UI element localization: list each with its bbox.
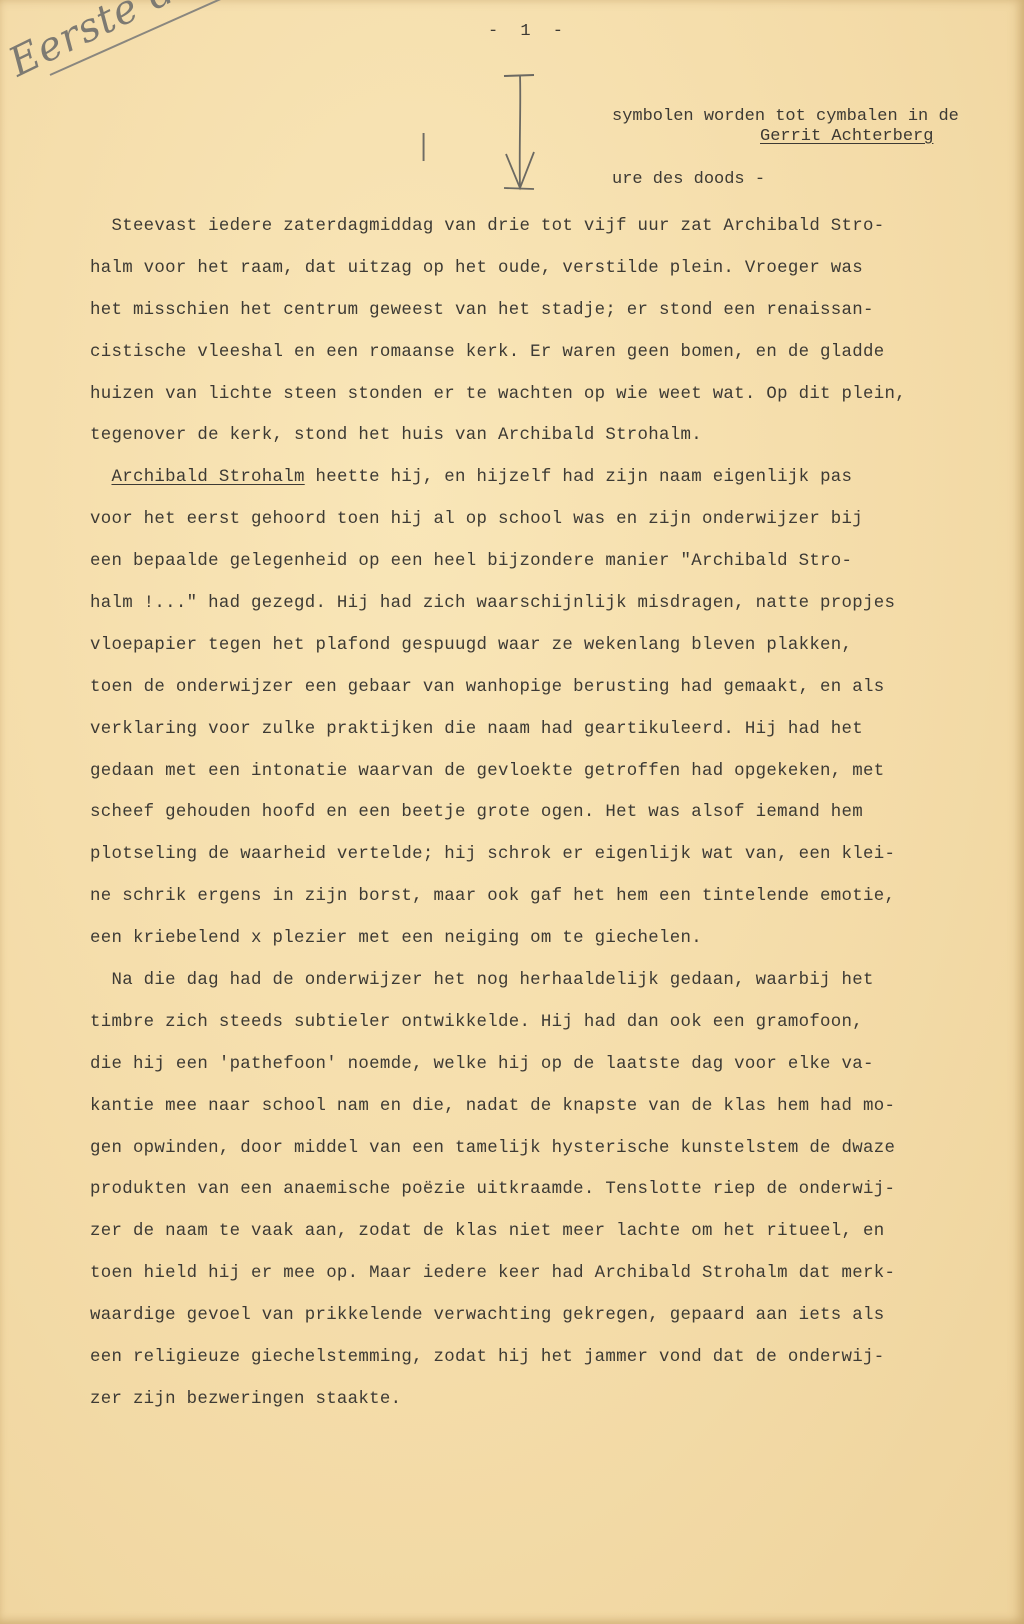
text-line: een kriebelend x plezier met een neiging…: [90, 918, 1020, 960]
text-line: toen de onderwijzer een gebaar van wanho…: [90, 667, 1020, 709]
text-line: timbre zich steeds subtieler ontwikkelde…: [90, 1002, 1020, 1044]
typewritten-page: Eerste deel - 1 - I symbolen worden tot …: [0, 0, 1024, 1624]
text-line: Archibald Strohalm heette hij, en hijzel…: [90, 457, 1020, 499]
text-line: ne schrik ergens in zijn borst, maar ook…: [90, 876, 1020, 918]
text-line: zer zijn bezweringen staakte.: [90, 1379, 1020, 1421]
text-line: een religieuze giechelstemming, zodat hi…: [90, 1337, 1020, 1379]
down-arrow-icon: [500, 66, 540, 196]
text-line: verklaring voor zulke praktijken die naa…: [90, 709, 1020, 751]
text-line: voor het eerst gehoord toen hij al op sc…: [90, 499, 1020, 541]
text-line: gen opwinden, door middel van een tameli…: [90, 1128, 1020, 1170]
text-line: kantie mee naar school nam en die, nadat…: [90, 1086, 1020, 1128]
text-line: toen hield hij er mee op. Maar iedere ke…: [90, 1253, 1020, 1295]
text-line: produkten van een anaemische poëzie uitk…: [90, 1169, 1020, 1211]
text-line: halm !..." had gezegd. Hij had zich waar…: [90, 583, 1020, 625]
chapter-numeral: I: [418, 126, 429, 170]
body-text: Steevast iedere zaterdagmiddag van drie …: [90, 206, 1020, 1421]
text-line: plotseling de waarheid vertelde; hij sch…: [90, 834, 1020, 876]
text-line: waardige gevoel van prikkelende verwacht…: [90, 1295, 1020, 1337]
page-number: - 1 -: [488, 22, 569, 41]
text-line: halm voor het raam, dat uitzag op het ou…: [90, 248, 1020, 290]
text-line: tegenover de kerk, stond het huis van Ar…: [90, 415, 1020, 457]
motto-line: symbolen worden tot cymbalen in de: [612, 106, 959, 127]
text-line: een bepaalde gelegenheid op een heel bij…: [90, 541, 1020, 583]
text-line: het misschien het centrum geweest van he…: [90, 290, 1020, 332]
text-line: vloepapier tegen het plafond gespuugd wa…: [90, 625, 1020, 667]
motto-line: ure des doods -: [612, 169, 959, 190]
text-fragment: heette hij, en hijzelf had zijn naam eig…: [305, 468, 853, 487]
text-line: gedaan met een intonatie waarvan de gevl…: [90, 751, 1020, 793]
text-line: Steevast iedere zaterdagmiddag van drie …: [90, 206, 1020, 248]
text-line: scheef gehouden hoofd en een beetje grot…: [90, 792, 1020, 834]
underlined-name: Archibald Strohalm: [111, 468, 304, 487]
text-line: cistische vleeshal en een romaanse kerk.…: [90, 332, 1020, 374]
text-line: huizen van lichte steen stonden er te wa…: [90, 374, 1020, 416]
text-line: die hij een 'pathefoon' noemde, welke hi…: [90, 1044, 1020, 1086]
text-line: Na die dag had de onderwijzer het nog he…: [90, 960, 1020, 1002]
motto-author: Gerrit Achterberg: [760, 127, 933, 146]
text-line: zer de naam te vaak aan, zodat de klas n…: [90, 1211, 1020, 1253]
